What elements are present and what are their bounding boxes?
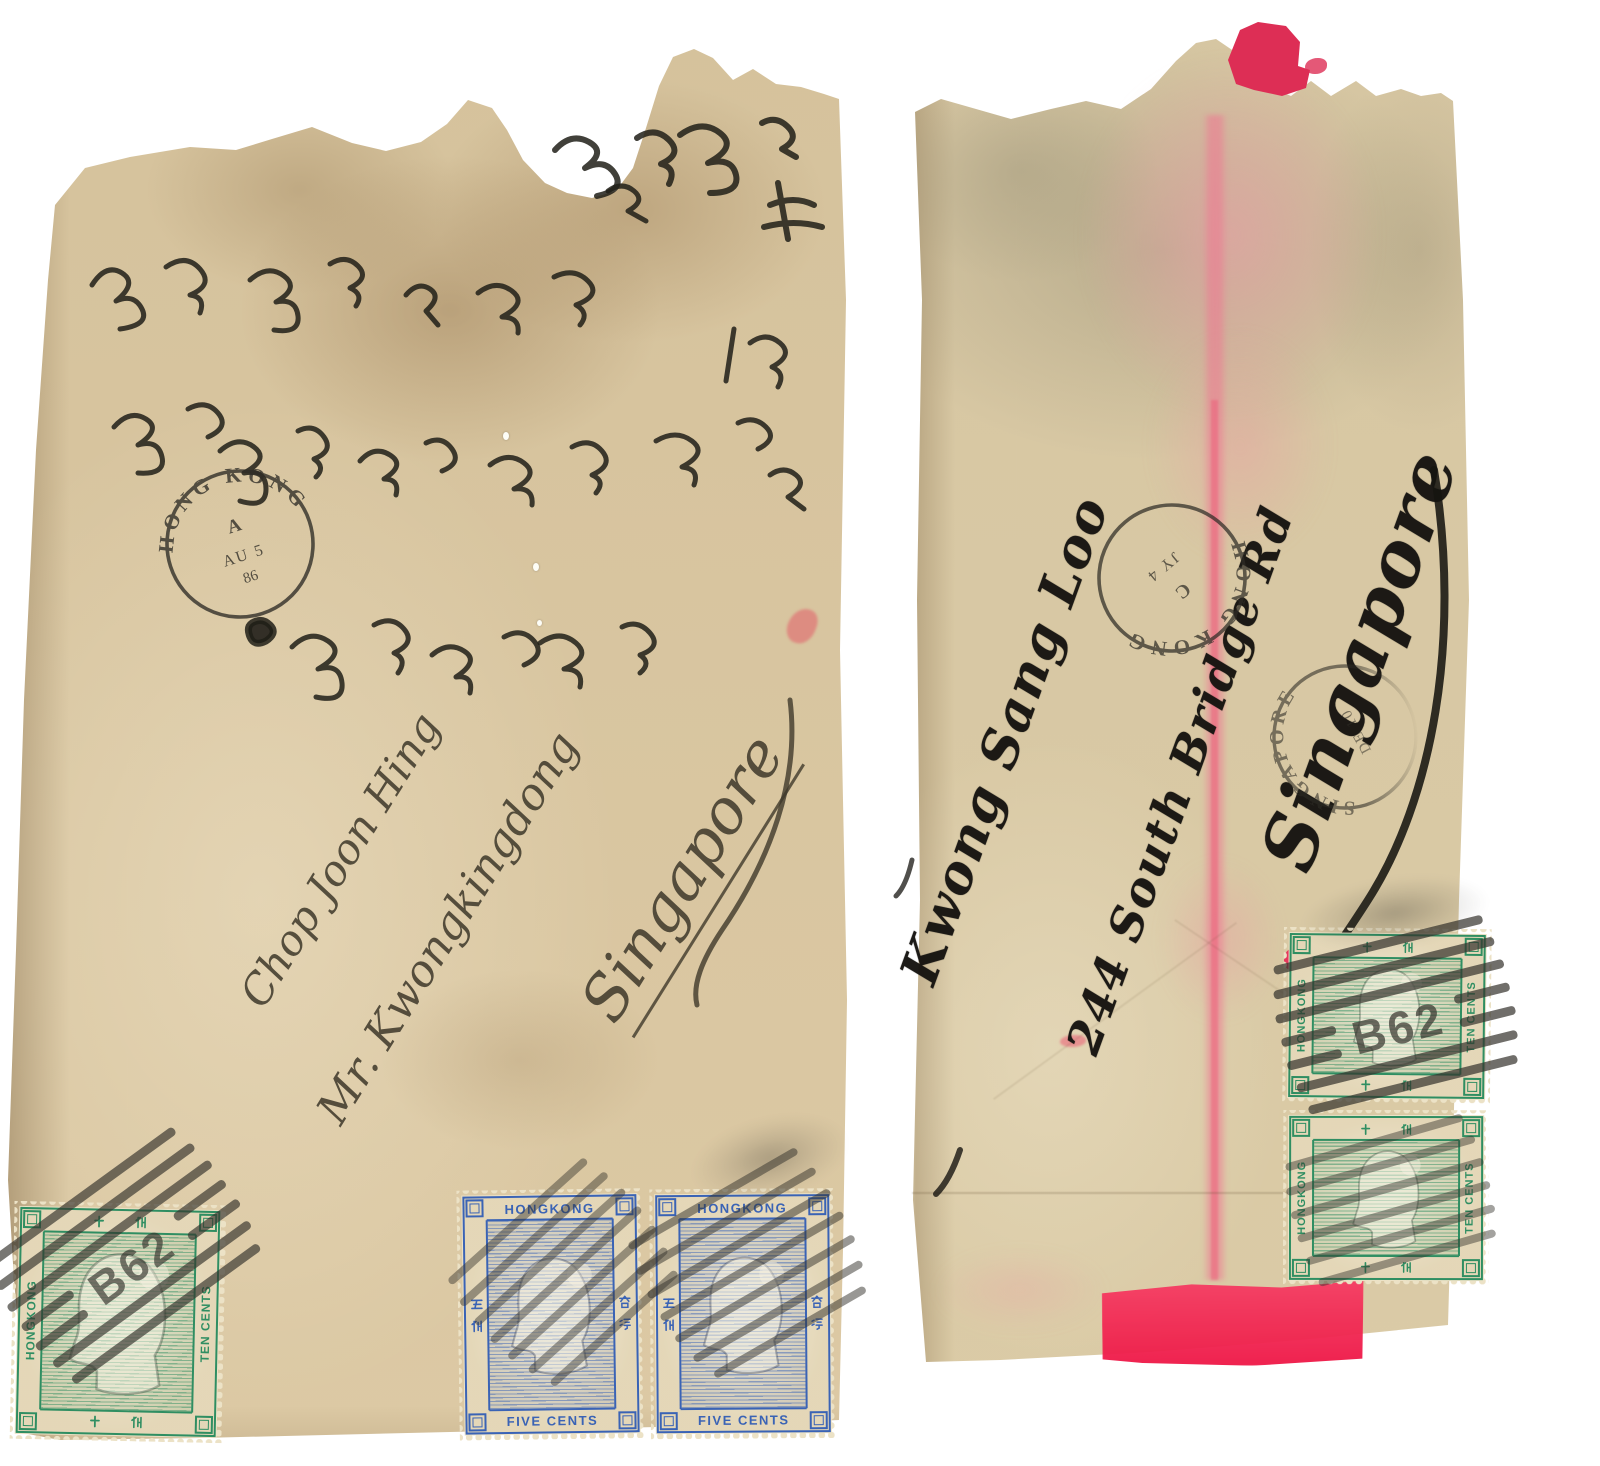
underline-flourish-left bbox=[696, 700, 792, 1005]
scanned-covers-image: Chop Joon Hing Mr. Kwongkingdong Singapo… bbox=[0, 0, 1600, 1466]
postmark-date: DE 10 bbox=[1338, 706, 1375, 757]
pen-stroke bbox=[896, 860, 912, 896]
pen-stroke bbox=[936, 1150, 960, 1194]
postmark-index-letter: C bbox=[1171, 578, 1195, 603]
postmark-date: JY 4 bbox=[1143, 548, 1182, 585]
